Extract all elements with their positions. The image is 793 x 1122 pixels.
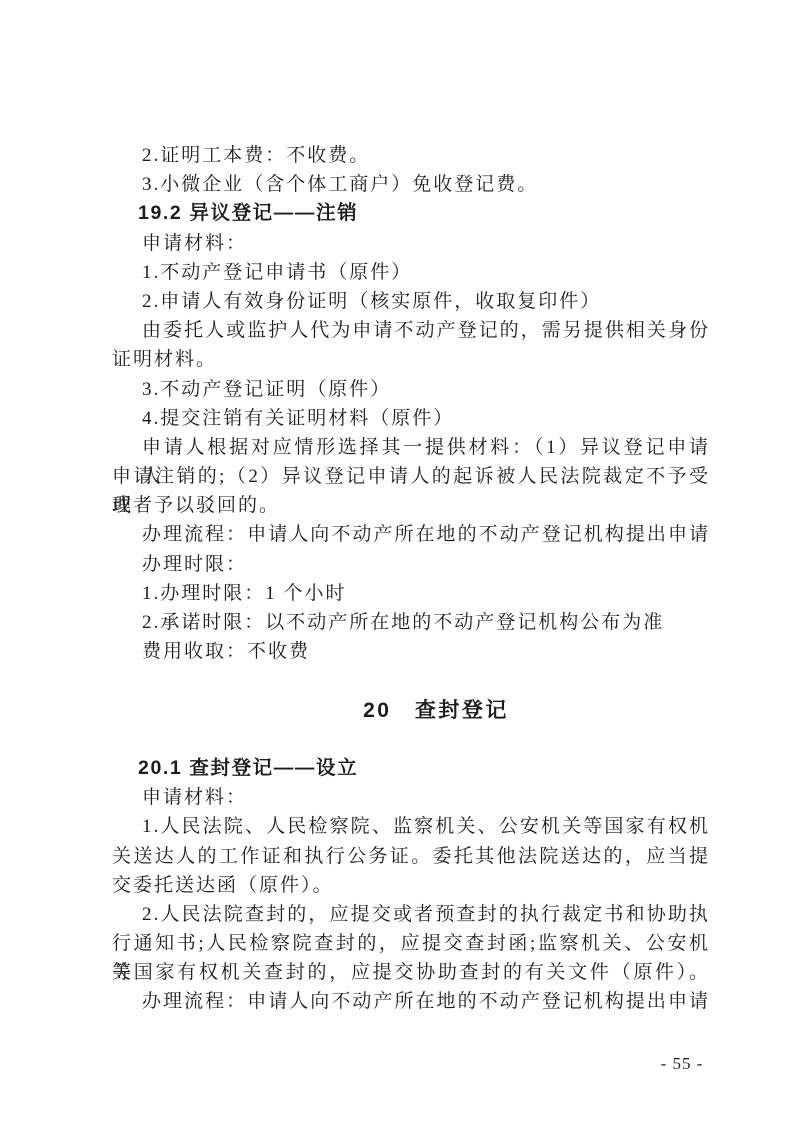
document-content: 2.证明工本费：不收费。3.小微企业（含个体工商户）免收登记费。19.2 异议登… xyxy=(112,141,710,1017)
text-line: 办理流程：申请人向不动产所在地的不动产登记机构提出申请 xyxy=(112,520,710,549)
text-line: 交委托送达函（原件）。 xyxy=(112,871,710,900)
text-line: 3.不动产登记证明（原件） xyxy=(112,375,710,404)
section-subheading: 20.1 查封登记——设立 xyxy=(112,754,710,783)
text-line: 关送达人的工作证和执行公务证。委托其他法院送达的，应当提 xyxy=(112,842,710,871)
text-line: 4.提交注销有关证明材料（原件） xyxy=(112,404,710,433)
text-line: 办理流程：申请人向不动产所在地的不动产登记机构提出申请 xyxy=(112,987,710,1016)
section-heading: 20 查封登记 xyxy=(112,696,710,725)
text-line: 申请注销的;（2）异议登记申请人的起诉被人民法院裁定不予受理 xyxy=(112,462,710,491)
text-line: 1.不动产登记申请书（原件） xyxy=(112,258,710,287)
section-subheading: 19.2 异议登记——注销 xyxy=(112,199,710,228)
page-number: - 55 - xyxy=(622,1051,742,1077)
text-line: 费用收取：不收费 xyxy=(112,637,710,666)
text-line: 行通知书;人民检察院查封的，应提交查封函;监察机关、公安机关 xyxy=(112,929,710,958)
text-line: 等国家有权机关查封的，应提交协助查封的有关文件（原件）。 xyxy=(112,958,710,987)
text-line: 2.承诺时限：以不动产所在地的不动产登记机构公布为准 xyxy=(112,608,710,637)
text-line: 申请材料： xyxy=(112,783,710,812)
text-line: 办理时限： xyxy=(112,550,710,579)
text-line: 2.证明工本费：不收费。 xyxy=(112,141,710,170)
text-line: 证明材料。 xyxy=(112,345,710,374)
text-line: 3.小微企业（含个体工商户）免收登记费。 xyxy=(112,170,710,199)
text-line: 申请人根据对应情形选择其一提供材料：（1）异议登记申请人 xyxy=(112,433,710,462)
text-line: 1.办理时限：1 个小时 xyxy=(112,579,710,608)
document-page: 2.证明工本费：不收费。3.小微企业（含个体工商户）免收登记费。19.2 异议登… xyxy=(0,0,793,1122)
text-line: 由委托人或监护人代为申请不动产登记的，需另提供相关身份 xyxy=(112,316,710,345)
text-line: 1.人民法院、人民检察院、监察机关、公安机关等国家有权机 xyxy=(112,812,710,841)
text-line: 申请材料： xyxy=(112,229,710,258)
text-line: 2.人民法院查封的，应提交或者预查封的执行裁定书和协助执 xyxy=(112,900,710,929)
text-line: 或者予以驳回的。 xyxy=(112,491,710,520)
text-line: 2.申请人有效身份证明（核实原件，收取复印件） xyxy=(112,287,710,316)
